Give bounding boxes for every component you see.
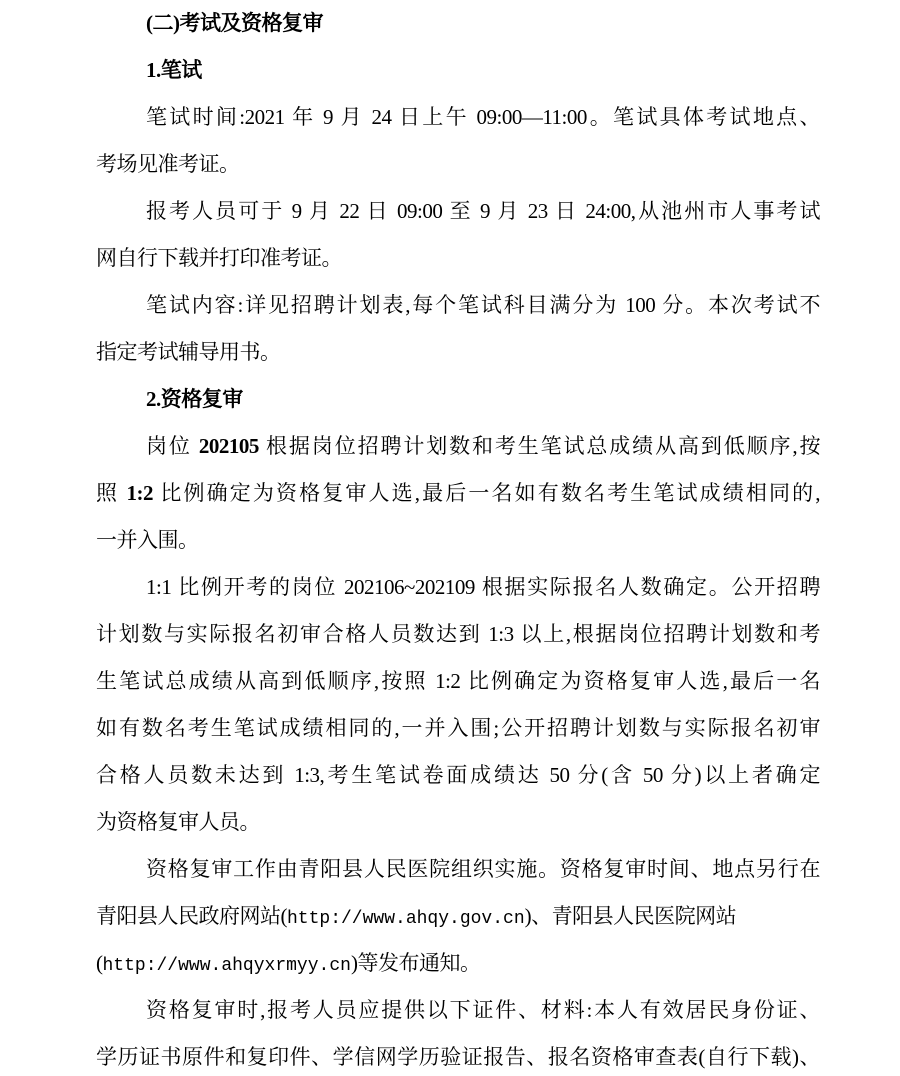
heading-line: 2.资格复审 — [96, 376, 820, 423]
text-segment: 考场见准考证。 — [96, 152, 240, 176]
text-segment: 1:1 比例开考的岗位 202106~202109 根据实际报名人数确定。公开招… — [146, 575, 820, 599]
text-segment: 1.笔试 — [146, 58, 202, 82]
text-line: 岗位 202105 根据岗位招聘计划数和考生笔试总成绩从高到低顺序,按 — [96, 423, 820, 470]
text-segment: 照 — [96, 481, 127, 505]
document-page: (二)考试及资格复审1.笔试笔试时间:2021 年 9 月 24 日上午 09:… — [0, 0, 900, 1076]
heading-line: (二)考试及资格复审 — [96, 0, 820, 47]
text-segment: 生笔试总成绩从高到低顺序,按照 1:2 比例确定为资格复审人选,最后一名 — [96, 669, 820, 693]
text-line: 合格人员数未达到 1:3,考生笔试卷面成绩达 50 分(含 50 分)以上者确定 — [96, 752, 820, 799]
text-line: 资格复审工作由青阳县人民医院组织实施。资格复审时间、地点另行在 — [96, 846, 820, 893]
text-segment: 报考人员可于 9 月 22 日 09:00 至 9 月 23 日 24:00,从… — [146, 199, 820, 223]
text-segment: 2.资格复审 — [146, 387, 243, 411]
text-segment: 岗位 — [146, 434, 199, 458]
text-segment: 1:2 — [127, 481, 154, 505]
text-segment: 一并入围。 — [96, 528, 199, 552]
text-line: 如有数名考生笔试成绩相同的,一并入围;公开招聘计划数与实际报名初审 — [96, 705, 820, 752]
text-line: 生笔试总成绩从高到低顺序,按照 1:2 比例确定为资格复审人选,最后一名 — [96, 658, 820, 705]
heading-line: 1.笔试 — [96, 47, 820, 94]
text-segment: 资格复审时,报考人员应提供以下证件、材料:本人有效居民身份证、 — [146, 998, 820, 1022]
text-line: 一并入围。 — [96, 517, 820, 564]
text-line: 笔试内容:详见招聘计划表,每个笔试科目满分为 100 分。本次考试不 — [96, 282, 820, 329]
text-segment: 网自行下载并打印准考证。 — [96, 246, 342, 270]
text-segment: 根据岗位招聘计划数和考生笔试总成绩从高到低顺序,按 — [259, 434, 820, 458]
text-segment: 笔试内容:详见招聘计划表,每个笔试科目满分为 100 分。本次考试不 — [146, 293, 820, 317]
text-segment: 资格复审工作由青阳县人民医院组织实施。资格复审时间、地点另行在 — [146, 857, 820, 881]
text-segment: 202105 — [199, 434, 259, 458]
url-text: http://www.ahqyxrmyy.cn — [103, 956, 351, 976]
text-line: 1:1 比例开考的岗位 202106~202109 根据实际报名人数确定。公开招… — [96, 564, 820, 611]
text-segment: 比例确定为资格复审人选,最后一名如有数名考生笔试成绩相同的, — [153, 481, 820, 505]
text-segment: 笔试时间:2021 年 9 月 24 日上午 09:00—11:00。笔试具体考… — [146, 105, 820, 129]
text-line: 青阳县人民政府网站(http://www.ahqy.gov.cn)、青阳县人民医… — [96, 893, 820, 940]
text-segment: 学历证书原件和复印件、学信网学历验证报告、报名资格审查表(自行下载)、 — [96, 1045, 820, 1069]
text-line: 考场见准考证。 — [96, 141, 820, 188]
text-segment: 如有数名考生笔试成绩相同的,一并入围;公开招聘计划数与实际报名初审 — [96, 716, 820, 740]
text-line: 报考人员可于 9 月 22 日 09:00 至 9 月 23 日 24:00,从… — [96, 188, 820, 235]
text-line: 学历证书原件和复印件、学信网学历验证报告、报名资格审查表(自行下载)、 — [96, 1034, 820, 1076]
text-line: 笔试时间:2021 年 9 月 24 日上午 09:00—11:00。笔试具体考… — [96, 94, 820, 141]
text-line: 资格复审时,报考人员应提供以下证件、材料:本人有效居民身份证、 — [96, 987, 820, 1034]
text-segment: 合格人员数未达到 1:3,考生笔试卷面成绩达 50 分(含 50 分)以上者确定 — [96, 763, 820, 787]
text-line: 指定考试辅导用书。 — [96, 329, 820, 376]
text-segment: (二)考试及资格复审 — [146, 11, 323, 35]
text-segment: )等发布通知。 — [351, 951, 481, 975]
text-line: (http://www.ahqyxrmyy.cn)等发布通知。 — [96, 940, 820, 987]
text-line: 照 1:2 比例确定为资格复审人选,最后一名如有数名考生笔试成绩相同的, — [96, 470, 820, 517]
url-text: http://www.ahqy.gov.cn — [287, 909, 525, 929]
text-line: 网自行下载并打印准考证。 — [96, 235, 820, 282]
text-segment: 青阳县人民政府网站( — [96, 904, 287, 928]
text-segment: )、青阳县人民医院网站 — [525, 904, 737, 928]
text-segment: 计划数与实际报名初审合格人员数达到 1:3 以上,根据岗位招聘计划数和考 — [96, 622, 820, 646]
text-segment: 指定考试辅导用书。 — [96, 340, 281, 364]
document-body: (二)考试及资格复审1.笔试笔试时间:2021 年 9 月 24 日上午 09:… — [96, 0, 820, 1076]
text-line: 计划数与实际报名初审合格人员数达到 1:3 以上,根据岗位招聘计划数和考 — [96, 611, 820, 658]
text-line: 为资格复审人员。 — [96, 799, 820, 846]
text-segment: 为资格复审人员。 — [96, 810, 260, 834]
